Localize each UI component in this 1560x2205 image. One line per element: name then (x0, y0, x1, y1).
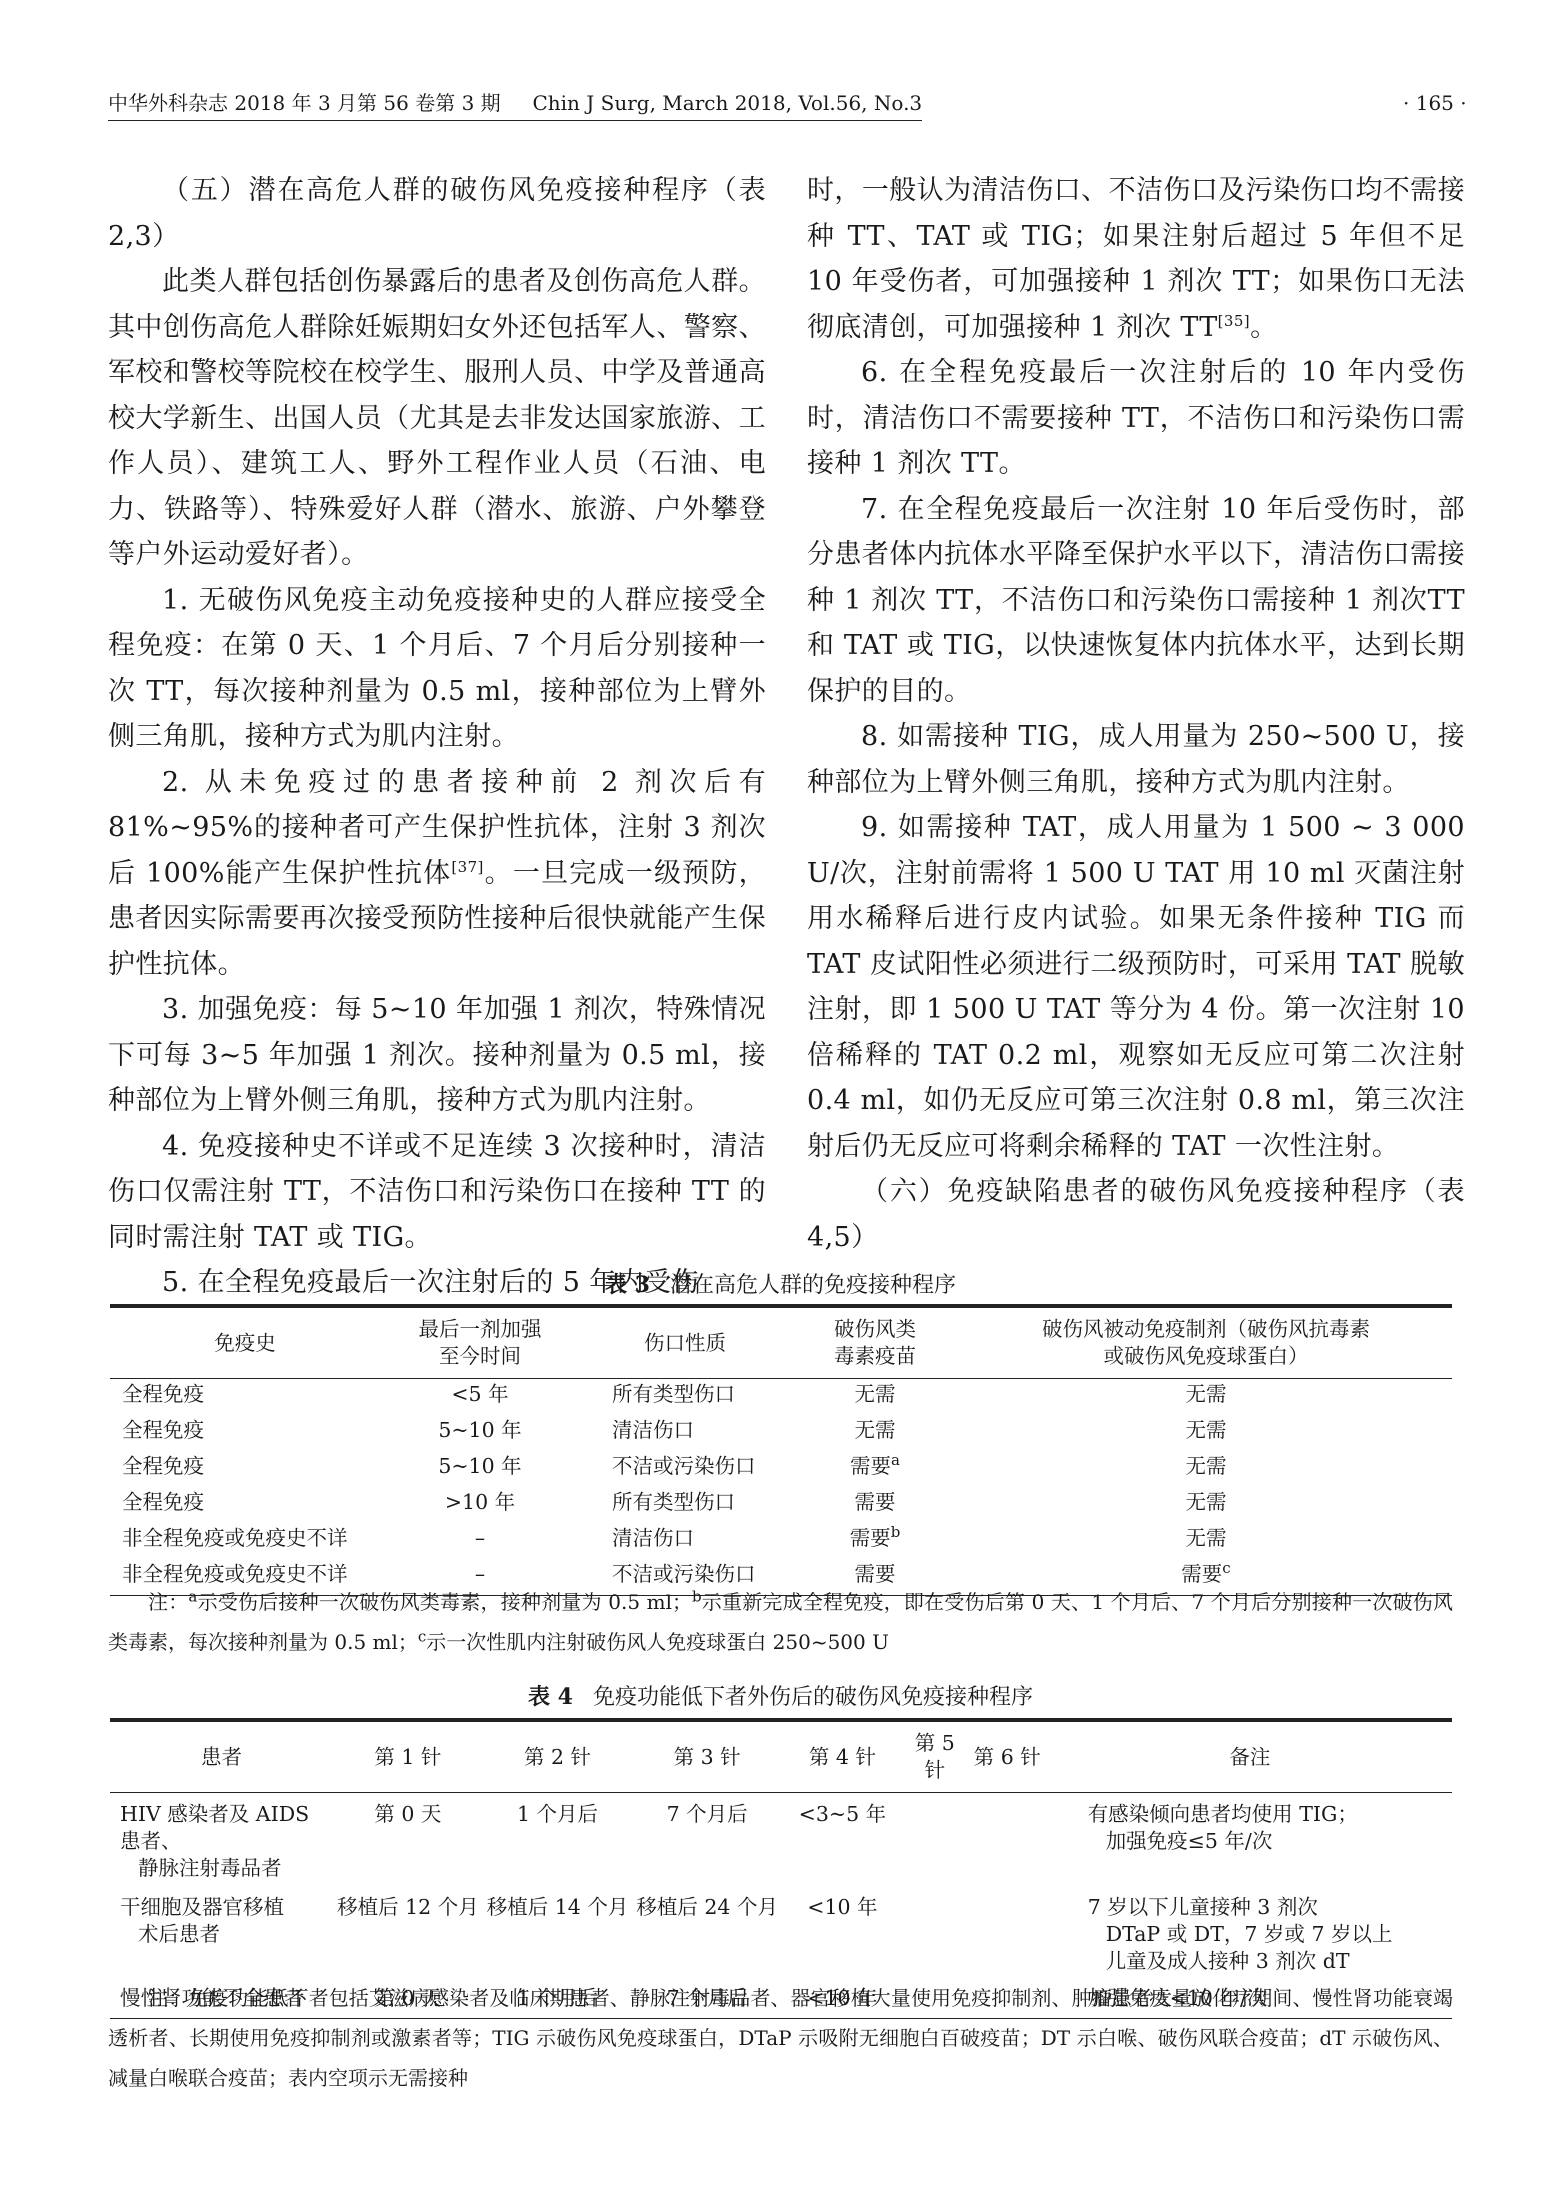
table-row: 全程免疫 <5 年 所有类型伤口 无需 无需 (110, 1379, 1452, 1416)
cell-toxoid: 无需 (790, 1415, 960, 1451)
table3-label: 表 3 (605, 1272, 650, 1298)
note-c: 示一次性肌内注射破伤风人免疫球蛋白 250~500 U (426, 1630, 889, 1654)
section-heading-6: （六）免疫缺陷患者的破伤风免疫接种程序（表4,5） (807, 1169, 1465, 1260)
table3-footnote: 注：a示受伤后接种一次破伤风类毒素，接种剂量为 0.5 ml；b示重新完成全程免… (108, 1582, 1453, 1662)
paragraph-item-5-cont: 时，一般认为清洁伤口、不洁伤口及污染伤口均不需接种 TT、TAT 或 TIG；如… (807, 168, 1465, 350)
paragraph-item-2: 2. 从未免疫过的患者接种前 2 剂次后有 81%~95%的接种者可产生保护性抗… (108, 760, 766, 988)
cell-dose5 (903, 1884, 967, 1977)
cell-dose5 (903, 1793, 967, 1885)
cell-passive: 无需 (960, 1379, 1452, 1416)
paragraph: 此类人群包括创伤暴露后的患者及创伤高危人群。其中创伤高危人群除妊娠期妇女外还包括… (108, 259, 766, 578)
cell-dose3: 7 个月后 (632, 1793, 782, 1885)
paragraph-item-1: 1. 无破伤风免疫主动免疫接种史的人群应接受全程免疫：在第 0 天、1 个月后、… (108, 578, 766, 760)
cell-history: 全程免疫 (110, 1379, 380, 1416)
cell-time: 5~10 年 (380, 1415, 580, 1451)
cell-passive: 无需 (960, 1523, 1452, 1559)
col-header-dose1: 第 1 针 (333, 1720, 483, 1793)
journal-name-en: Chin J Surg, March 2018, Vol.56, No.3 (532, 91, 922, 115)
table4-title: 免疫功能低下者外伤后的破伤风免疫接种程序 (593, 1685, 1033, 1710)
col-header-remark: 备注 (1048, 1720, 1452, 1793)
cell-history: 全程免疫 (110, 1487, 380, 1523)
col-header-history: 免疫史 (110, 1306, 380, 1379)
paragraph-item-6: 6. 在全程免疫最后一次注射后的 10 年内受伤时，清洁伤口不需要接种 TT，不… (807, 350, 1465, 487)
col-header-toxoid: 破伤风类毒素疫苗 (790, 1306, 960, 1379)
journal-name-cn: 中华外科杂志 2018 年 3 月第 56 卷第 3 期 (108, 91, 501, 115)
cell-toxoid: 需要b (790, 1523, 960, 1559)
table-header-row: 患者 第 1 针 第 2 针 第 3 针 第 4 针 第 5 针 第 6 针 备… (110, 1720, 1452, 1793)
col-header-dose6: 第 6 针 (967, 1720, 1048, 1793)
paragraph-item-9: 9. 如需接种 TAT，成人用量为 1 500 ~ 3 000 U/次，注射前需… (807, 805, 1465, 1169)
paragraph-item-7: 7. 在全程免疫最后一次注射 10 年后受伤时，部分患者体内抗体水平降至保护水平… (807, 487, 1465, 715)
cell-dose6 (967, 1793, 1048, 1885)
cell-toxoid: 需要 (790, 1487, 960, 1523)
cell-dose1: 第 0 天 (333, 1793, 483, 1885)
cell-wound: 清洁伤口 (580, 1523, 790, 1559)
cell-wound: 所有类型伤口 (580, 1487, 790, 1523)
cell-passive: 无需 (960, 1451, 1452, 1487)
table4: 患者 第 1 针 第 2 针 第 3 针 第 4 针 第 5 针 第 6 针 备… (110, 1718, 1452, 2019)
table-row: 全程免疫 5~10 年 清洁伤口 无需 无需 (110, 1415, 1452, 1451)
cell-toxoid: 需要a (790, 1451, 960, 1487)
citation-ref: [37] (451, 858, 483, 876)
cell-time: 5~10 年 (380, 1451, 580, 1487)
cell-dose6 (967, 1884, 1048, 1977)
note-a: 示受伤后接种一次破伤风类毒素，接种剂量为 0.5 ml； (197, 1590, 692, 1614)
cell-dose2: 移植后 14 个月 (483, 1884, 633, 1977)
cell-wound: 不洁或污染伤口 (580, 1451, 790, 1487)
section-heading-5: （五）潜在高危人群的破伤风免疫接种程序（表2,3） (108, 168, 766, 259)
page-number: · 165 · (1403, 90, 1467, 116)
col-header-wound: 伤口性质 (580, 1306, 790, 1379)
right-column: 时，一般认为清洁伤口、不洁伤口及污染伤口均不需接种 TT、TAT 或 TIG；如… (807, 168, 1465, 1260)
table-row: 全程免疫 >10 年 所有类型伤口 需要 无需 (110, 1487, 1452, 1523)
cell-dose4: <10 年 (782, 1884, 903, 1977)
cell-remark: 7 岁以下儿童接种 3 剂次DTaP 或 DT，7 岁或 7 岁以上儿童及成人接… (1048, 1884, 1452, 1977)
col-header-dose2: 第 2 针 (483, 1720, 633, 1793)
table4-caption: 表 4免疫功能低下者外伤后的破伤风免疫接种程序 (108, 1682, 1453, 1713)
cell-dose3: 移植后 24 个月 (632, 1884, 782, 1977)
cell-history: 非全程免疫或免疫史不详 (110, 1523, 380, 1559)
note-prefix: 注： (148, 1590, 188, 1614)
table3-caption: 表 3潜在高危人群的免疫接种程序 (108, 1270, 1453, 1301)
table-row: 干细胞及器官移植术后患者 移植后 12 个月 移植后 14 个月 移植后 24 … (110, 1884, 1452, 1977)
cell-wound: 清洁伤口 (580, 1415, 790, 1451)
citation-ref: [35] (1218, 312, 1250, 330)
table-header-row: 免疫史 最后一剂加强至今时间 伤口性质 破伤风类毒素疫苗 破伤风被动免疫制剂（破… (110, 1306, 1452, 1379)
cell-time: >10 年 (380, 1487, 580, 1523)
paragraph-item-4: 4. 免疫接种史不详或不足连续 3 次接种时，清洁伤口仅需注射 TT，不洁伤口和… (108, 1124, 766, 1261)
paragraph-item-8: 8. 如需接种 TIG，成人用量为 250~500 U，接种部位为上臂外侧三角肌… (807, 714, 1465, 805)
table4-label: 表 4 (528, 1684, 573, 1710)
table4-footnote: 注：免疫功能低下者包括艾滋病感染者及临床期患者、静脉注射毒品者、器官移植大量使用… (108, 1978, 1453, 2098)
table-row: 非全程免疫或免疫史不详 – 清洁伤口 需要b 无需 (110, 1523, 1452, 1559)
col-header-dose3: 第 3 针 (632, 1720, 782, 1793)
col-header-time: 最后一剂加强至今时间 (380, 1306, 580, 1379)
cell-dose2: 1 个月后 (483, 1793, 633, 1885)
paragraph-text: 时，一般认为清洁伤口、不洁伤口及污染伤口均不需接种 TT、TAT 或 TIG；如… (807, 175, 1465, 343)
col-header-dose4: 第 4 针 (782, 1720, 903, 1793)
table-row: 全程免疫 5~10 年 不洁或污染伤口 需要a 无需 (110, 1451, 1452, 1487)
cell-patient: HIV 感染者及 AIDS 患者、静脉注射毒品者 (110, 1793, 333, 1885)
cell-time: <5 年 (380, 1379, 580, 1416)
col-header-dose5: 第 5 针 (903, 1720, 967, 1793)
cell-history: 全程免疫 (110, 1451, 380, 1487)
table-row: HIV 感染者及 AIDS 患者、静脉注射毒品者 第 0 天 1 个月后 7 个… (110, 1793, 1452, 1885)
cell-passive: 无需 (960, 1487, 1452, 1523)
col-header-patient: 患者 (110, 1720, 333, 1793)
table3-title: 潜在高危人群的免疫接种程序 (670, 1273, 956, 1298)
left-column: （五）潜在高危人群的破伤风免疫接种程序（表2,3） 此类人群包括创伤暴露后的患者… (108, 168, 766, 1306)
cell-dose1: 移植后 12 个月 (333, 1884, 483, 1977)
cell-wound: 所有类型伤口 (580, 1379, 790, 1416)
cell-history: 全程免疫 (110, 1415, 380, 1451)
cell-passive: 无需 (960, 1415, 1452, 1451)
paragraph-item-3: 3. 加强免疫：每 5~10 年加强 1 剂次，特殊情况下可每 3~5 年加强 … (108, 987, 766, 1124)
cell-dose4: <3~5 年 (782, 1793, 903, 1885)
cell-remark: 有感染倾向患者均使用 TIG；加强免疫≤5 年/次 (1048, 1793, 1452, 1885)
cell-time: – (380, 1523, 580, 1559)
journal-citation: 中华外科杂志 2018 年 3 月第 56 卷第 3 期 Chin J Surg… (108, 90, 922, 121)
cell-patient: 干细胞及器官移植术后患者 (110, 1884, 333, 1977)
cell-toxoid: 无需 (790, 1379, 960, 1416)
table3: 免疫史 最后一剂加强至今时间 伤口性质 破伤风类毒素疫苗 破伤风被动免疫制剂（破… (110, 1304, 1452, 1596)
col-header-passive: 破伤风被动免疫制剂（破伤风抗毒素或破伤风免疫球蛋白） (960, 1306, 1452, 1379)
paragraph-text: 。 (1250, 312, 1277, 343)
